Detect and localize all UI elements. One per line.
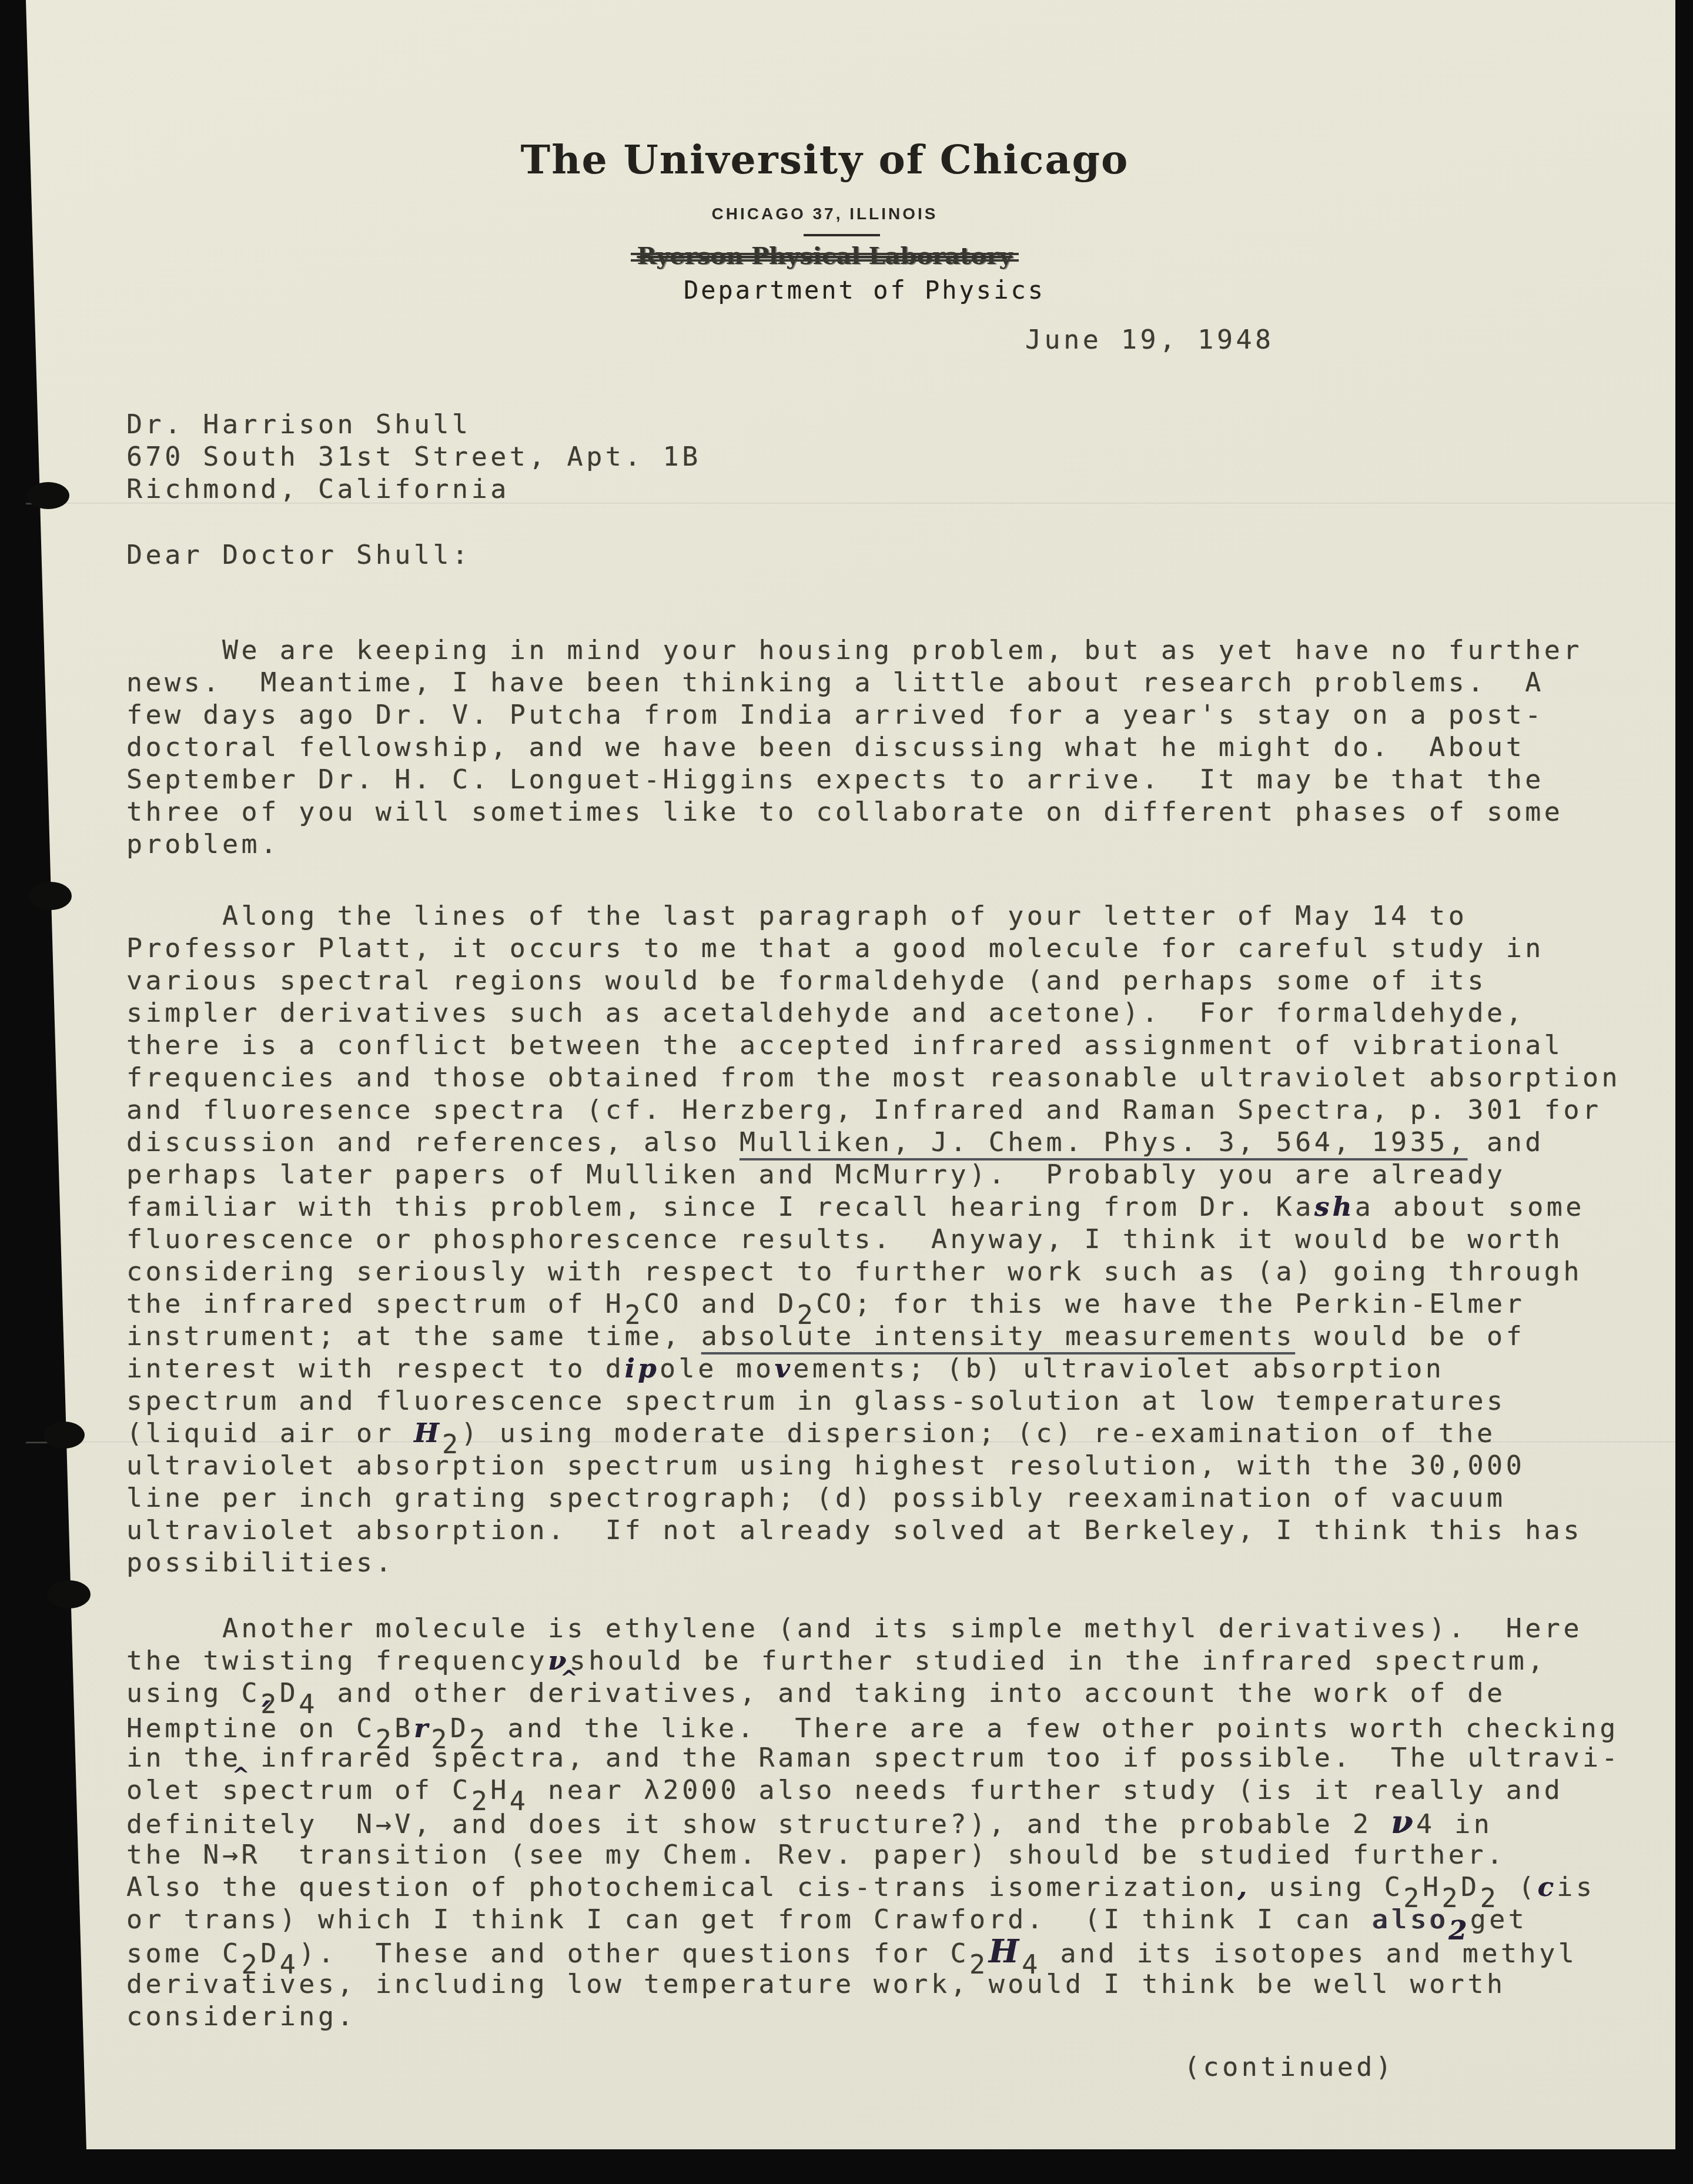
letter-line: We are keeping in mind your housing prob… [126, 634, 1582, 666]
letter-line: olet spectrum of C2H4 near λ2000 also ne… [126, 1774, 1621, 1806]
letter-line: some C2D4). These and other questions fo… [126, 1935, 1621, 1968]
letter-line: simpler derivatives such as acetaldehyde… [126, 996, 1621, 1029]
letter-line: Another molecule is ethylene (and its si… [126, 1612, 1621, 1644]
letter-line: the N→R transition (see my Chem. Rev. pa… [126, 1838, 1621, 1871]
letter-line: in the^ infrared spectra, and the Raman … [126, 1741, 1621, 1774]
letter-line: Also the question of photochemical cis-t… [126, 1871, 1621, 1903]
letterhead-struck-department: Ryerson Physical Laboratory [0, 242, 1649, 270]
letter-line: the twisting frequencyν^should be furthe… [126, 1644, 1621, 1677]
letter-line: Dr. Harrison Shull [126, 408, 701, 440]
letter-line: or trans) which I think I can get from C… [126, 1903, 1621, 1935]
date-line: June 19, 1948 [1025, 323, 1274, 356]
punch-hole [44, 1422, 85, 1449]
body-paragraph-1: We are keeping in mind your housing prob… [126, 634, 1582, 860]
letter-line: Along the lines of the last paragraph of… [126, 899, 1621, 932]
letter-line: discussion and references, also Mulliken… [126, 1126, 1621, 1158]
letterhead-rule [804, 234, 880, 236]
letter-line: September Dr. H. C. Longuet-Higgins expe… [126, 763, 1582, 795]
letter-line: frequencies and those obtained from the … [126, 1061, 1621, 1093]
body-paragraph-2: Along the lines of the last paragraph of… [126, 899, 1621, 1578]
letterhead-institution: The University of Chicago [0, 136, 1649, 183]
letter-line: perhaps later papers of Mulliken and McM… [126, 1158, 1621, 1190]
letter-line: considering seriously with respect to fu… [126, 1255, 1621, 1287]
punch-hole [27, 482, 69, 509]
letter-line: using C2D4 and other derivatives, and ta… [126, 1677, 1621, 1709]
letter-line: instrument; at the same time, absolute i… [126, 1320, 1621, 1352]
letter-line: (liquid air or H2) using moderate disper… [126, 1417, 1621, 1449]
letterhead-city-line: CHICAGO 37, ILLINOIS [0, 205, 1649, 223]
letter-line: Hemptin´e on C2Br2D2 and the like. There… [126, 1709, 1621, 1741]
letter-line: Professor Platt, it occurs to me that a … [126, 932, 1621, 964]
punch-hole [47, 1580, 91, 1608]
letter-line: the infrared spectrum of H2CO and D2CO; … [126, 1287, 1621, 1320]
letter-line: familiar with this problem, since I reca… [126, 1190, 1621, 1223]
letterhead-department: Department of Physics [684, 274, 1045, 306]
letter-line: problem. [126, 828, 1582, 860]
letter-line: definitely N→V, and does it show structu… [126, 1806, 1621, 1838]
letter-line: interest with respect to dipole movement… [126, 1352, 1621, 1384]
letter-line: ultraviolet absorption. If not already s… [126, 1514, 1621, 1546]
letter-line: three of you will sometimes like to coll… [126, 795, 1582, 828]
letter-line: and fluoresence spectra (cf. Herzberg, I… [126, 1093, 1621, 1126]
letter-line: derivatives, including low temperature w… [126, 1968, 1621, 2000]
letter-line: various spectral regions would be formal… [126, 964, 1621, 996]
letter-line: fluorescence or phosphorescence results.… [126, 1223, 1621, 1255]
punch-hole [29, 882, 72, 910]
letter-line: few days ago Dr. V. Putcha from India ar… [126, 698, 1582, 731]
recipient-address: Dr. Harrison Shull670 South 31st Street,… [126, 408, 701, 505]
letter-line: possibilities. [126, 1546, 1621, 1578]
continued-note: (continued) [1184, 2051, 1395, 2083]
letter-line: there is a conflict between the accepted… [126, 1029, 1621, 1061]
letter-line: spectrum and fluorescence spectrum in gl… [126, 1384, 1621, 1417]
letter-line: 670 South 31st Street, Apt. 1B [126, 440, 701, 473]
letter-line: news. Meantime, I have been thinking a l… [126, 666, 1582, 698]
letter-line: line per inch grating spectrograph; (d) … [126, 1481, 1621, 1514]
strikethrough-text: Ryerson Physical Laboratory [637, 242, 1012, 270]
letter-line: ultraviolet absorption spectrum using hi… [126, 1449, 1621, 1481]
scanned-letter: The University of Chicago CHICAGO 37, IL… [0, 0, 1693, 2184]
letter-line: Richmond, California [126, 473, 701, 505]
body-paragraph-3: Another molecule is ethylene (and its si… [126, 1612, 1621, 2032]
letter-line: considering. [126, 2000, 1621, 2032]
salutation: Dear Doctor Shull: [126, 539, 471, 571]
letter-line: doctoral fellowship, and we have been di… [126, 731, 1582, 763]
